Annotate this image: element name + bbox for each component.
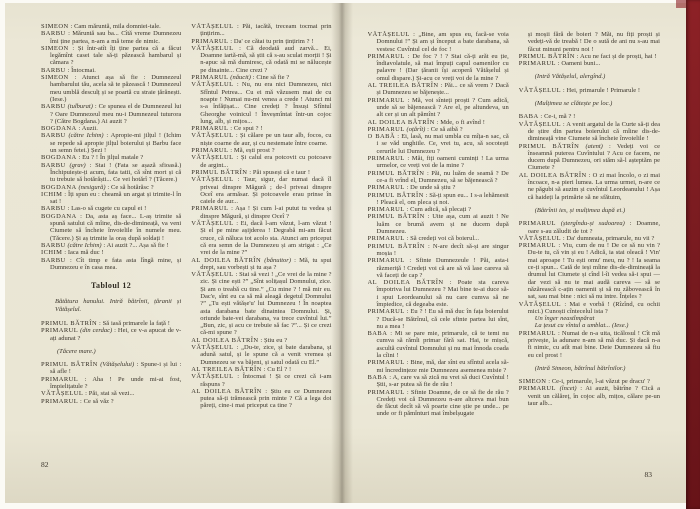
- speaker-name: AL DOILEA BĂTRÎN: [368, 279, 444, 286]
- dialogue-line: PRIMARUL : Numai de n-a uita, ticălosul …: [519, 330, 660, 359]
- speaker-name: PRIMARUL: [368, 389, 405, 396]
- dialogue-line: PRIMARUL : Sfinte Doamne, de ce să fie d…: [368, 389, 509, 418]
- dialogue-line: SIMEON : Cam măruntă, mila domniei-tale.: [41, 23, 181, 30]
- dialogue-line: VĂTĂȘELUL : „Du-te, zice, și bate daraba…: [191, 344, 331, 366]
- dialogue-line: PRIMUL BĂTRÎN : N-are decît să-și are si…: [368, 243, 509, 258]
- dialogue-line: AL DOILEA BĂTRÎN : O zi mai încolo, o zi…: [519, 172, 660, 201]
- stage-direction: (Mulțimea se clătește pe loc.): [519, 100, 660, 107]
- stage-note: (nesigură): [77, 184, 106, 191]
- speaker-name: BARBU: [41, 257, 66, 264]
- speaker-name: PRIMUL BĂTRÎN: [41, 361, 98, 368]
- speaker-name: VĂTĂȘELUL: [519, 301, 561, 308]
- stage-note: (bănuitor): [261, 257, 291, 264]
- speaker-name: BARBU: [41, 67, 66, 74]
- stage-direction: (Tăcere mare.): [41, 348, 181, 355]
- dialogue-line: BARBU (grav) : Stai ! (Fata se așază sfi…: [41, 162, 181, 184]
- speaker-name: PRIMARUL: [368, 257, 405, 264]
- dialogue-line: BOGDANA : Eu ? ! În jilțul matale ?: [41, 154, 181, 161]
- speaker-name: ICHIM: [41, 191, 62, 198]
- dialogue-line: VĂTĂȘELUL : Întocmai ! Și ce crezi că i-…: [191, 373, 331, 388]
- book-cover-edge: [686, 0, 700, 509]
- stage-note: (din cerdac): [78, 327, 112, 334]
- dialogue-line: BOGDANA : Auzii.: [41, 125, 181, 132]
- speaker-name: PRIMARUL: [191, 38, 228, 45]
- stage-note: (ștergîndu-și sudoarea): [556, 220, 625, 227]
- speaker-name: BARBU: [41, 242, 66, 249]
- dialogue-line: AL TREILEA BĂTRÎN : Păi... ce să vrem ? …: [368, 82, 509, 97]
- dialogue-continuation: și moșii fără de boieri ? Măi, nu fiți p…: [519, 31, 660, 53]
- speaker-name: PRIMARUL: [368, 97, 405, 104]
- dialogue-line: PRIMUL BĂTRÎN : Să iasă primarele la faț…: [41, 320, 181, 327]
- dialogue-line: VĂTĂȘELUL : Și călare pe un taur alb, fo…: [191, 132, 331, 147]
- speaker-name: ICHIM: [41, 249, 62, 256]
- speaker-name: BOGDANA: [41, 184, 77, 191]
- scene-setting: Bătătura hanului. Intră bătrînii, țărani…: [41, 298, 181, 313]
- dialogue-line: BOGDANA (nesigură) : Ce să hotărăsc ?: [41, 184, 181, 191]
- open-book-paper: SIMEON : Cam măruntă, mila domniei-tale.…: [5, 3, 686, 503]
- stage-note: (tulburat): [66, 103, 93, 110]
- speaker-name: AL DOILEA BĂTRÎN: [191, 388, 262, 395]
- speaker-name: VĂTĂȘELUL: [41, 390, 83, 397]
- dialogue-line: PRIMUL BĂTRÎN : Acu ne faci și de proști…: [519, 53, 660, 60]
- dialogue-line: VĂTĂȘELUL : Ei, dacă l-am văzut, l-am vă…: [191, 220, 331, 256]
- page-number-left: 82: [41, 460, 49, 469]
- dialogue-line: BARBU : Întocmai.: [41, 67, 181, 74]
- verse-lines: Un înger neastîmpărat La țesut cu vîntul…: [519, 315, 660, 330]
- speaker-name: AL DOILEA BĂTRÎN: [191, 337, 258, 344]
- stage-note: (oțărît): [405, 126, 426, 133]
- stage-note: (către Ichim): [66, 242, 102, 249]
- left-page-column-2: VĂTĂȘELUL : Păi, iacătă, treceam tocmai …: [191, 23, 331, 493]
- page-right: VĂTĂȘELUL : „Bine, am spus eu, facă-se v…: [346, 3, 687, 503]
- dialogue-line: AL DOILEA BĂTRÎN (bănuitor) : Mă, tu spu…: [191, 257, 331, 272]
- dialogue-line: PRIMARUL : Eu ? ! Eu să mă duc în fața b…: [368, 308, 509, 330]
- speaker-name: BARBU: [41, 162, 66, 169]
- dialogue-line: AL DOILEA BĂTRÎN : Mde, o fi avînd !: [368, 119, 509, 126]
- speaker-name: AL TREILEA BĂTRÎN: [368, 82, 439, 89]
- dialogue-line: PRIMUL BĂTRÎN (Vătășelului) : Spune-i și…: [41, 361, 181, 376]
- dialogue-line: PRIMUL BĂTRÎN : Păi, nu luăm de seamă ? …: [368, 170, 509, 185]
- dialogue-line: BARBU : Măruntă sau ba... Cîtă vreme Dum…: [41, 30, 181, 45]
- dialogue-line: PRIMARUL : De unde să știu ?: [368, 184, 509, 191]
- speaker-name: AL TREILEA BĂTRÎN: [191, 366, 262, 373]
- scene-heading: Tabloul 12: [41, 282, 181, 289]
- dialogue-line: PRIMUL BĂTRÎN : Să-ți spun eu... I s-a l…: [368, 192, 509, 207]
- speaker-name: PRIMARUL: [368, 235, 405, 242]
- speaker-name: PRIMUL BĂTRÎN: [368, 213, 425, 220]
- speaker-name: VĂTĂȘELUL: [519, 235, 561, 242]
- speaker-name: VĂTĂȘELUL: [191, 271, 233, 278]
- page-number-right: 83: [645, 470, 653, 479]
- dialogue-line: VĂTĂȘELUL : Mai e vorbă ! (Rîzînd, cu oc…: [519, 301, 660, 316]
- dialogue-line: PRIMARUL : De foc ? ! ? Stai că-ți arăt …: [368, 53, 509, 82]
- speaker-name: PRIMUL BĂTRÎN: [41, 320, 97, 327]
- dialogue-line: ICHIM : Îți spun eu : cheamă un argat și…: [41, 191, 181, 206]
- dialogue-line: BABA : Ce-i, mă ? !: [519, 113, 660, 120]
- speaker-name: VĂTĂȘELUL: [519, 121, 561, 128]
- speaker-name: VĂTĂȘELUL: [191, 154, 233, 161]
- dialogue-line: VĂTĂȘELUL : A venit argatul de la Curte …: [519, 121, 660, 143]
- dialogue-line: BOGDANA : Da, asta aș face... L-aș trimi…: [41, 213, 181, 242]
- dialogue-line: VĂTĂȘELUL : Păi, stai să vezi...: [41, 390, 181, 397]
- dialogue-line: BARBU (către Ichim) : Apropie-mi jilțul …: [41, 132, 181, 154]
- speaker-name: PRIMARUL: [41, 398, 78, 405]
- speaker-name: VĂTĂȘELUL: [519, 87, 561, 94]
- right-page-column-1: VĂTĂȘELUL : „Bine, am spus eu, facă-se v…: [368, 31, 509, 493]
- dialogue-line: PRIMARUL : Mă, voi sînteți proști ? Cum …: [368, 97, 509, 119]
- dialogue-line: O BABĂ : Ei, lasă, nu mai umbla cu mîța-…: [368, 133, 509, 155]
- speaker-name: VĂTĂȘELUL: [191, 132, 233, 139]
- speaker-name: O BABĂ: [368, 133, 396, 140]
- left-page-column-1: SIMEON : Cam măruntă, mila domniei-tale.…: [41, 23, 181, 493]
- stage-direction: (Intră Vătășelul, alergînd.): [519, 73, 660, 80]
- dialogue-line: PRIMUL BĂTRÎN : Uite așa, cum ai auzit !…: [368, 213, 509, 235]
- speaker-name: BARBU: [41, 132, 66, 139]
- dialogue-line: AL DOILEA BĂTRÎN : Știu eu ?: [191, 337, 331, 344]
- dialogue-line: PRIMARUL : Ce să văz ?: [41, 398, 181, 405]
- speaker-name: PRIMARUL: [519, 60, 556, 67]
- dialogue-line: VĂTĂȘELUL : Că deodată aud zarvă... Ei, …: [191, 45, 331, 74]
- stage-note: (atent): [579, 143, 603, 150]
- dialogue-line: PRIMUL BĂTRÎN (atent) : Vedeți voi ce în…: [519, 143, 660, 172]
- dialogue-line: VĂTĂȘELUL : „Bine, am spus eu, facă-se v…: [368, 31, 509, 53]
- speaker-name: PRIMARUL: [368, 359, 405, 366]
- speaker-name: VĂTĂȘELUL: [191, 344, 233, 351]
- speaker-name: PRIMUL BĂTRÎN: [519, 143, 580, 150]
- speaker-name: AL DOILEA BĂTRÎN: [191, 257, 261, 264]
- speaker-name: PRIMARUL: [368, 53, 405, 60]
- speaker-name: PRIMARUL: [368, 184, 405, 191]
- speaker-name: SIMEON: [41, 74, 69, 81]
- speaker-name: VĂTĂȘELUL: [191, 176, 233, 183]
- speaker-name: SIMEON: [41, 23, 69, 30]
- right-page-column-2: și moșii fără de boieri ? Măi, nu fiți p…: [519, 31, 660, 493]
- speaker-name: BABA: [368, 330, 388, 337]
- dialogue-line: PRIMARUL : Da' ce cătai tu prin țințirim…: [191, 38, 331, 45]
- dialogue-line: VĂTĂȘELUL : Hei, primarule ! Primarule !: [519, 87, 660, 94]
- speaker-name: VĂTĂȘELUL: [191, 81, 233, 88]
- speaker-name: VĂTĂȘELUL: [191, 373, 233, 380]
- dialogue-line: SIMEON : Atunci așa să fie : Dumnezeul h…: [41, 74, 181, 103]
- dialogue-line: BARBU (tulburat) : Ce spunea el de Dumne…: [41, 103, 181, 125]
- book-cover-edge-corner: [676, 0, 686, 8]
- speaker-name: PRIMARUL: [519, 242, 556, 249]
- dialogue-line: BABA : A, care va să zică nu vrei să duc…: [368, 374, 509, 389]
- stage-note: (Vătășelului): [98, 361, 134, 368]
- speaker-name: PRIMARUL: [519, 220, 556, 227]
- dialogue-line: VĂTĂȘELUL : Stai să vezi ! „Ce vrei de l…: [191, 271, 331, 337]
- dialogue-line: PRIMARUL : Aha ! Pe unde mi-ai fost, împ…: [41, 376, 181, 391]
- dialogue-line: PRIMARUL (din cerdac) : Hei, ce v-a apuc…: [41, 327, 181, 342]
- stage-direction: (Intră Simeon, bătrînul bătrînilor.): [519, 365, 660, 372]
- speaker-name: PRIMARUL: [368, 155, 405, 162]
- speaker-name: AL DOILEA BĂTRÎN: [519, 172, 587, 179]
- speaker-name: BOGDANA: [41, 213, 77, 220]
- speaker-name: PRIMARUL: [519, 330, 556, 337]
- dialogue-line: VĂTĂȘELUL : Păi, iacătă, treceam tocmai …: [191, 23, 331, 38]
- speaker-name: SIMEON: [41, 45, 69, 52]
- speaker-name: PRIMARUL: [519, 385, 556, 392]
- speaker-name: PRIMARUL: [368, 126, 405, 133]
- dialogue-line: PRIMARUL : Viu, cum de nu ! De ce să nu …: [519, 242, 660, 300]
- speaker-name: BABA: [368, 374, 388, 381]
- dialogue-line: PRIMARUL : Așa ! Și cum l-ai putut tu ve…: [191, 205, 331, 220]
- dialogue-line: VĂTĂȘELUL : Da' dumneata, primarule, nu …: [519, 235, 660, 242]
- dialogue-line: PRIMARUL : Măi, fiți oameni cuminți ! La…: [368, 155, 509, 170]
- dialogue-line: SIMEON : Ce-i, primarule, l-ai văzut pe …: [519, 378, 660, 385]
- dialogue-line: BABA : Mi se pare mie, primarule, că te …: [368, 330, 509, 359]
- dialogue-line: PRIMARUL : Bine, mă, dar sînt eu sfîntul…: [368, 359, 509, 374]
- dialogue-line: AL DOILEA BĂTRÎN : Poate sta careva împo…: [368, 279, 509, 308]
- speaker-name: AL DOILEA BĂTRÎN: [368, 119, 435, 126]
- dialogue-line: VĂTĂȘELUL : Și calul era potcovit cu pot…: [191, 154, 331, 169]
- dialogue-line: BARBU : Las-o să cugete cu capul ei !: [41, 205, 181, 212]
- stage-note: (către Ichim): [66, 132, 104, 139]
- dialogue-line: BARBU : Cît timp e fata asta lîngă mine,…: [41, 257, 181, 272]
- dialogue-line: SIMEON : Și într-atît îți ține partea că…: [41, 45, 181, 67]
- dialogue-line: PRIMARUL (ștergîndu-și sudoarea) : Doamn…: [519, 220, 660, 235]
- speaker-name: BOGDANA: [41, 154, 77, 161]
- dialogue-line: BARBU (către Ichim) : Ai auzit ?... Așa …: [41, 242, 181, 249]
- speaker-name: PRIMUL BĂTRÎN: [191, 169, 247, 176]
- speaker-name: BARBU: [41, 103, 66, 110]
- dialogue-line: PRIMARUL : Sfinte Dumnezeule ! Păi, asta…: [368, 257, 509, 279]
- page-left: SIMEON : Cam măruntă, mila domniei-tale.…: [5, 3, 346, 503]
- stage-direction: (Bătrînii ies, și mulțimea după ei.): [519, 207, 660, 214]
- dialogue-line: VĂTĂȘELUL : Nu, nu era nici Dumnezeu, ni…: [191, 81, 331, 125]
- dialogue-line: PRIMARUL : Să credeți voi că boierul...: [368, 235, 509, 242]
- speaker-name: VĂTĂȘELUL: [191, 23, 233, 30]
- speaker-name: VĂTĂȘELUL: [368, 31, 410, 38]
- speaker-name: PRIMARUL: [368, 308, 405, 315]
- book-scan: SIMEON : Cam măruntă, mila domniei-tale.…: [0, 0, 700, 509]
- stage-note: (încet): [556, 385, 577, 392]
- speaker-name: BABA: [519, 113, 539, 120]
- speaker-name: PRIMARUL: [191, 205, 228, 212]
- dialogue-line: ICHIM : Iaca mă duc !: [41, 249, 181, 256]
- dialogue-line: PRIMARUL : Oameni buni...: [519, 60, 660, 67]
- dialogue-line: VĂTĂȘELUL : Taur, sigur, dar numai dacă …: [191, 176, 331, 205]
- speaker-name: PRIMARUL: [191, 147, 228, 154]
- dialogue-line: PRIMARUL (încet) : Ai auzit, bătrîne ? C…: [519, 385, 660, 407]
- stage-note: (grav): [66, 162, 86, 169]
- speaker-name: PRIMARUL: [41, 376, 78, 383]
- speaker-name: PRIMARUL: [41, 327, 78, 334]
- speaker-name: PRIMUL BĂTRÎN: [368, 192, 424, 199]
- speaker-name: BOGDANA: [41, 125, 77, 132]
- speaker-name: BARBU: [41, 30, 66, 37]
- speaker-name: BARBU: [41, 205, 66, 212]
- dialogue-line: AL DOILEA BĂTRÎN : Știu eu ce Dumnezeu p…: [191, 388, 331, 410]
- speaker-name: PRIMUL BĂTRÎN: [368, 243, 425, 250]
- speaker-name: VĂTĂȘELUL: [191, 45, 233, 52]
- speaker-name: VĂTĂȘELUL: [191, 220, 233, 227]
- speaker-name: SIMEON: [519, 378, 547, 385]
- speaker-name: PRIMUL BĂTRÎN: [368, 170, 425, 177]
- speaker-name: PRIMUL BĂTRÎN: [519, 53, 575, 60]
